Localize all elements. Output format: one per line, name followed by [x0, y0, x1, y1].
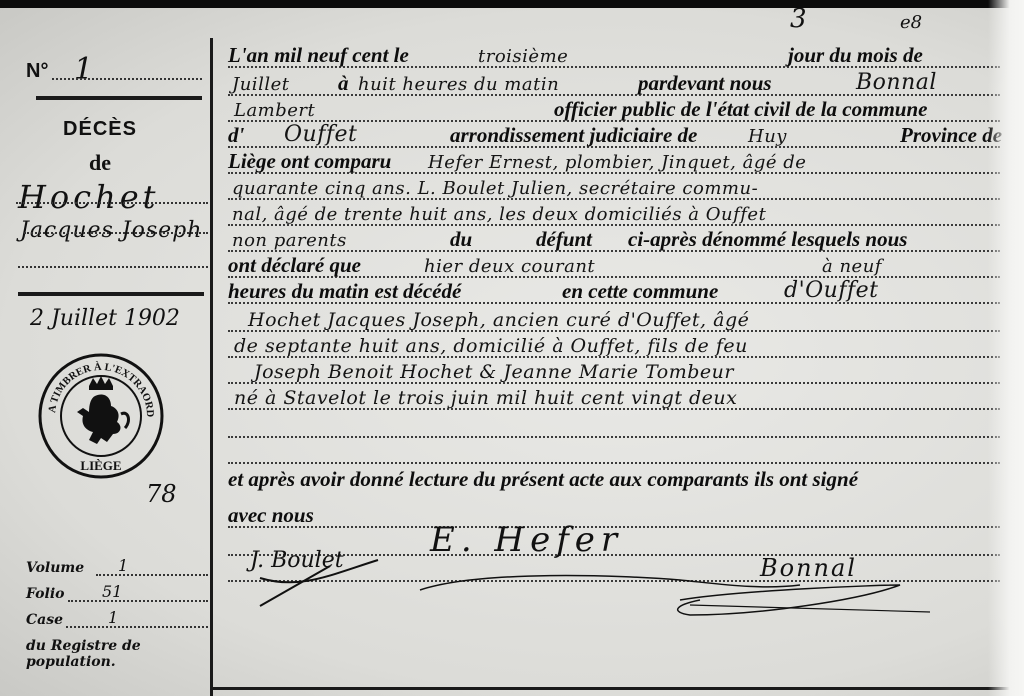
signature-flourishes — [0, 0, 1024, 696]
page-edge — [988, 0, 1024, 696]
bottom-border — [210, 687, 1024, 690]
